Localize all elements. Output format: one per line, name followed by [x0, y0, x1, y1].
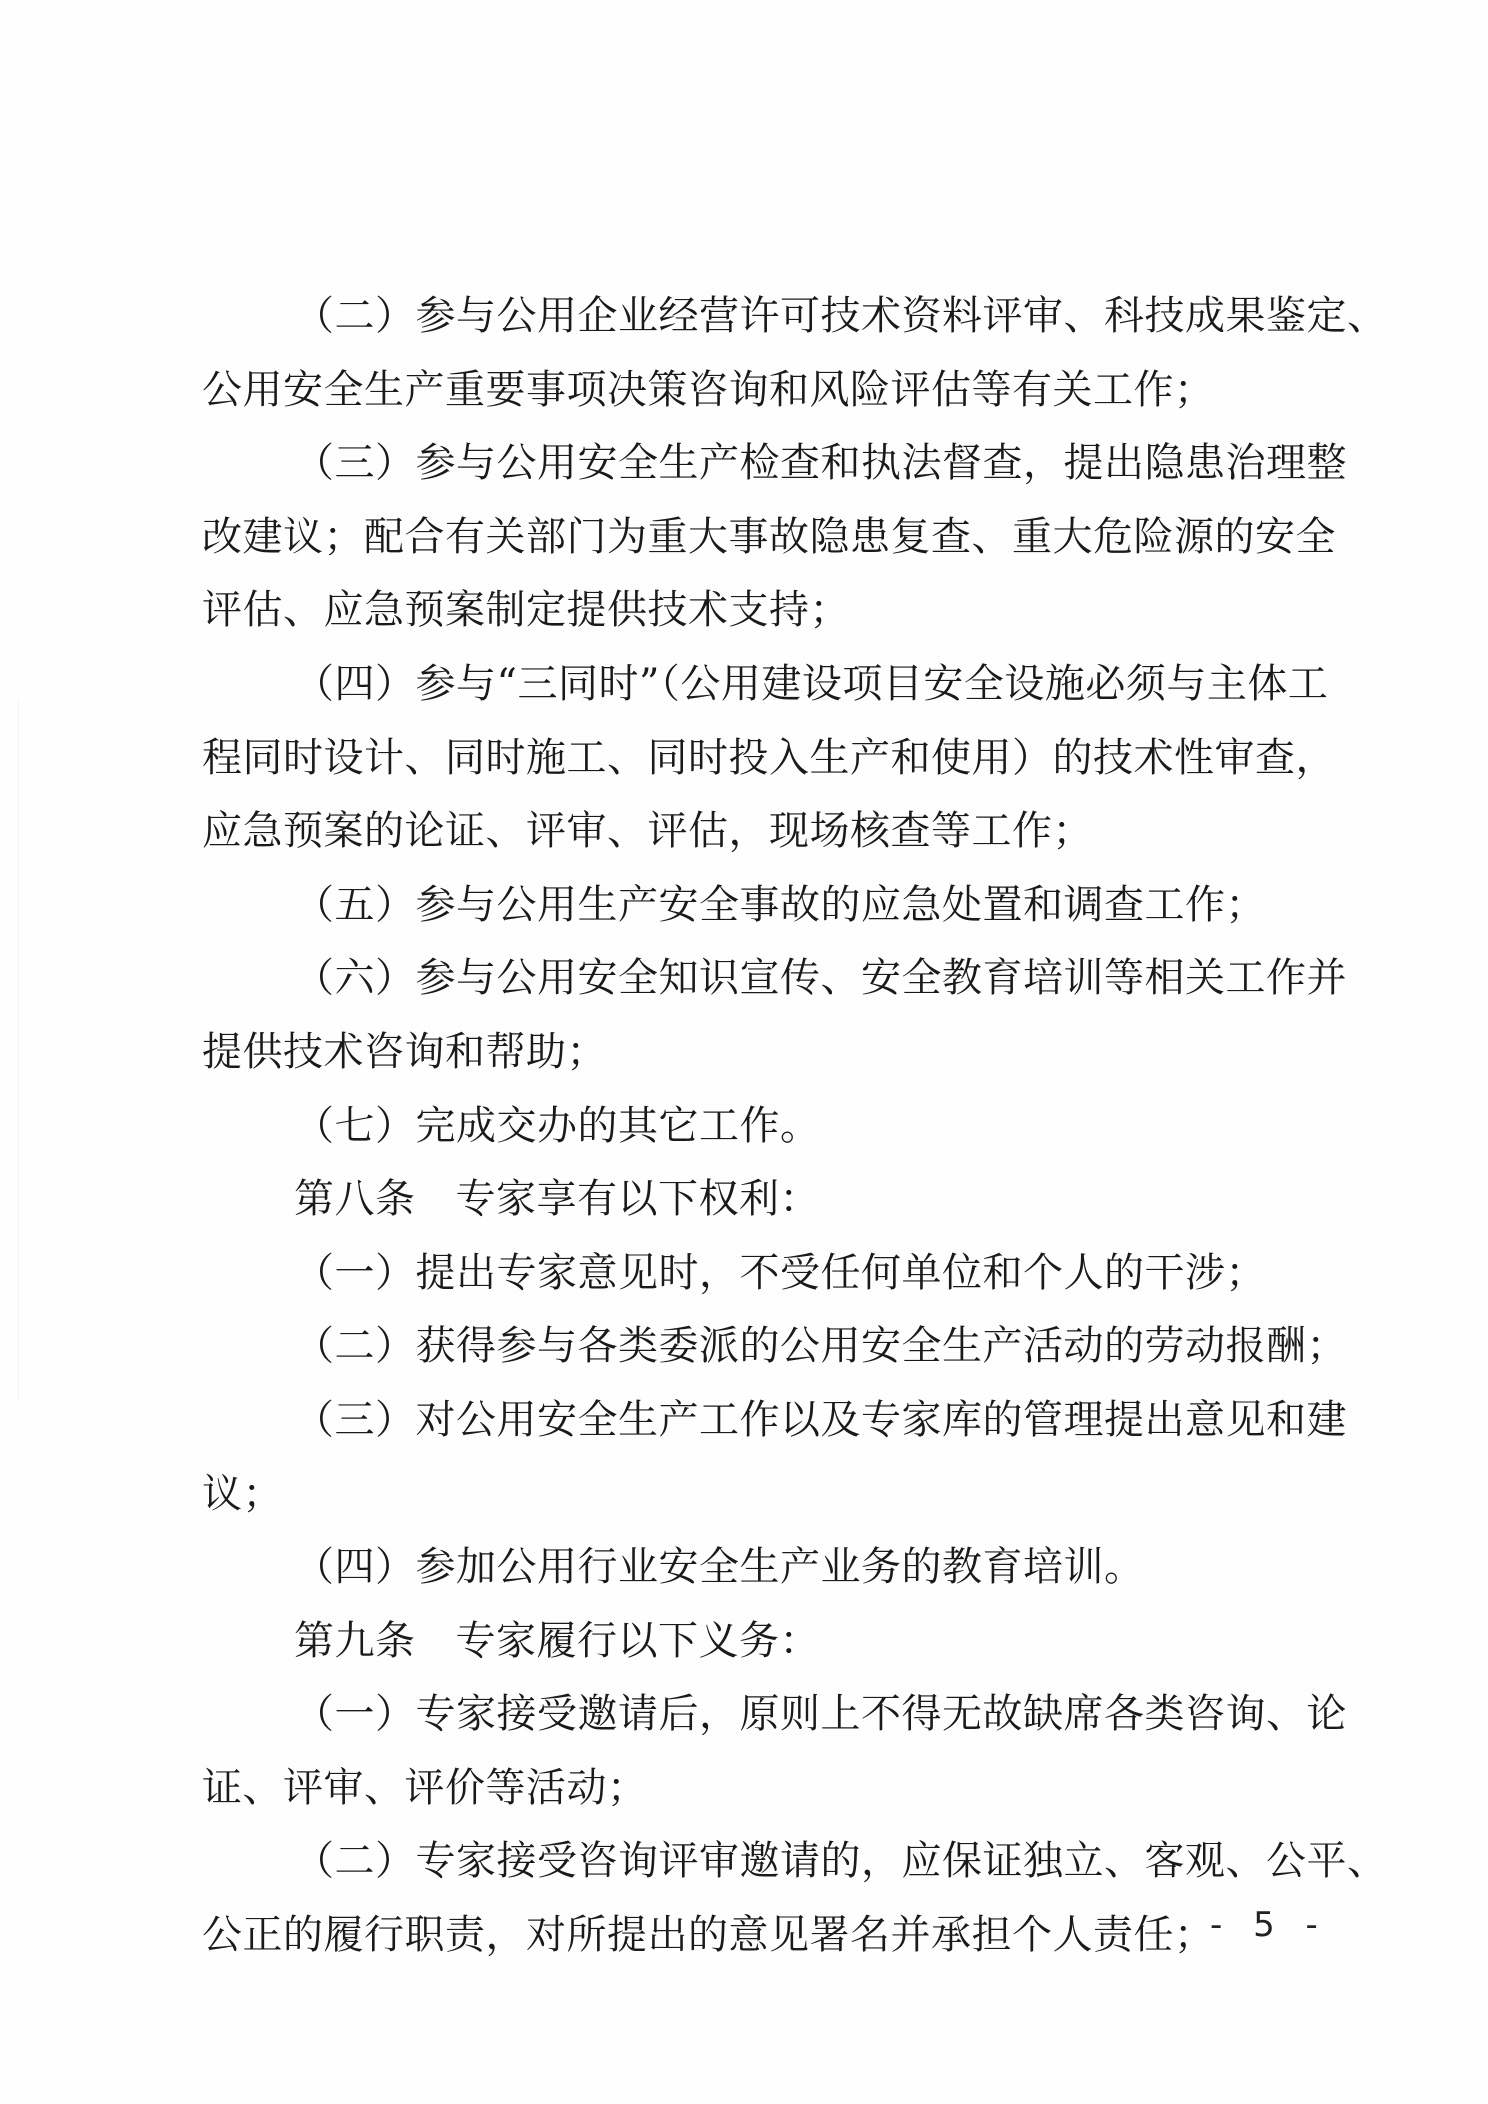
text-line: （二）获得参与各类委派的公用安全生产活动的劳动报酬； [202, 1310, 1306, 1384]
text-line: 应急预案的论证、评审、评估，现场核查等工作； [202, 795, 1306, 869]
text-line: 公用安全生产重要事项决策咨询和风险评估等有关工作； [202, 354, 1306, 428]
text-line: （四）参加公用行业安全生产业务的教育培训。 [202, 1531, 1306, 1605]
text-line: （六）参与公用安全知识宣传、安全教育培训等相关工作并 [202, 942, 1306, 1016]
text-line: 证、评审、评价等活动； [202, 1752, 1306, 1826]
text-line: （二）参与公用企业经营许可技术资料评审、科技成果鉴定、 [202, 280, 1306, 354]
text-line: （二）专家接受咨询评审邀请的，应保证独立、客观、公平、 [202, 1825, 1306, 1899]
document-page: （二）参与公用企业经营许可技术资料评审、科技成果鉴定、 公用安全生产重要事项决策… [0, 0, 1488, 2104]
text-line: 提供技术咨询和帮助； [202, 1016, 1306, 1090]
text-line: 议； [202, 1458, 1306, 1532]
text-line: （五）参与公用生产安全事故的应急处置和调查工作； [202, 869, 1306, 943]
scan-edge-shadow [18, 700, 19, 1400]
article-number: 第九条 [294, 1618, 416, 1664]
text-line: （七）完成交办的其它工作。 [202, 1090, 1306, 1164]
article-number: 第八条 [294, 1176, 416, 1222]
text-line: （一）专家接受邀请后，原则上不得无故缺席各类咨询、论 [202, 1678, 1306, 1752]
text-line: 程同时设计、同时施工、同时投入生产和使用）的技术性审查， [202, 722, 1306, 796]
page-number: - 5 - [1210, 1905, 1328, 1945]
article-heading-8: 第八条专家享有以下权利： [202, 1163, 1306, 1237]
article-heading-9: 第九条专家履行以下义务： [202, 1605, 1306, 1679]
text-line: （三）参与公用安全生产检查和执法督查，提出隐患治理整 [202, 427, 1306, 501]
text-line: 公正的履行职责，对所提出的意见署名并承担个人责任； [202, 1899, 1306, 1973]
text-line: （三）对公用安全生产工作以及专家库的管理提出意见和建 [202, 1384, 1306, 1458]
text-line: 评估、应急预案制定提供技术支持； [202, 574, 1306, 648]
text-line: （四）参与“三同时”（公用建设项目安全设施必须与主体工 [202, 648, 1306, 722]
text-line: （一）提出专家意见时，不受任何单位和个人的干涉； [202, 1237, 1306, 1311]
body-text: （二）参与公用企业经营许可技术资料评审、科技成果鉴定、 公用安全生产重要事项决策… [202, 280, 1306, 1973]
text-line: 改建议；配合有关部门为重大事故隐患复查、重大危险源的安全 [202, 501, 1306, 575]
